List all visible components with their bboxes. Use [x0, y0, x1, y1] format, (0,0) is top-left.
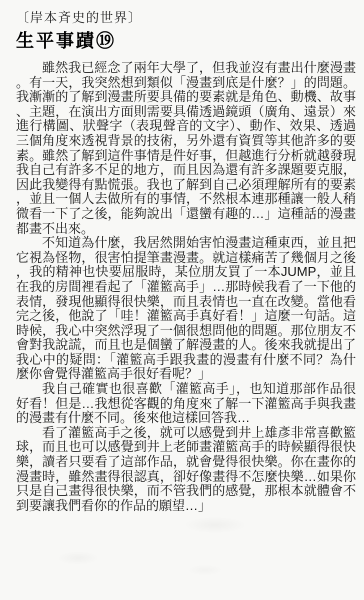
paragraph: 我自己確實也很喜歡「灌籃高手」，也知道那部作品很好看！但是…我想從客觀的角度來了… — [16, 382, 356, 426]
article-body: 雖然我已經念了兩年大學了，但我並沒有畫出什麼漫畫。有一天，我突然想到類似「漫畫到… — [16, 61, 356, 513]
scanned-page: 〔岸本斉史的世界〕 生平事蹟⑲ 雖然我已經念了兩年大學了，但我並沒有畫出什麼漫畫… — [0, 0, 364, 600]
series-header: 〔岸本斉史的世界〕 — [16, 10, 352, 25]
paragraph: 不知道為什麼，我居然開始害怕漫畫這種東西，並且把它視為怪物，很害怕提筆畫漫畫。就… — [16, 236, 356, 382]
page-title: 生平事蹟⑲ — [16, 30, 352, 52]
paragraph: 看了灌籃高手之後，就可以感覺到井上雄彥非常喜歡籃球，而且也可以感覺到井上老師畫灌… — [16, 426, 356, 514]
paragraph: 雖然我已經念了兩年大學了，但我並沒有畫出什麼漫畫。有一天，我突然想到類似「漫畫到… — [16, 61, 356, 236]
